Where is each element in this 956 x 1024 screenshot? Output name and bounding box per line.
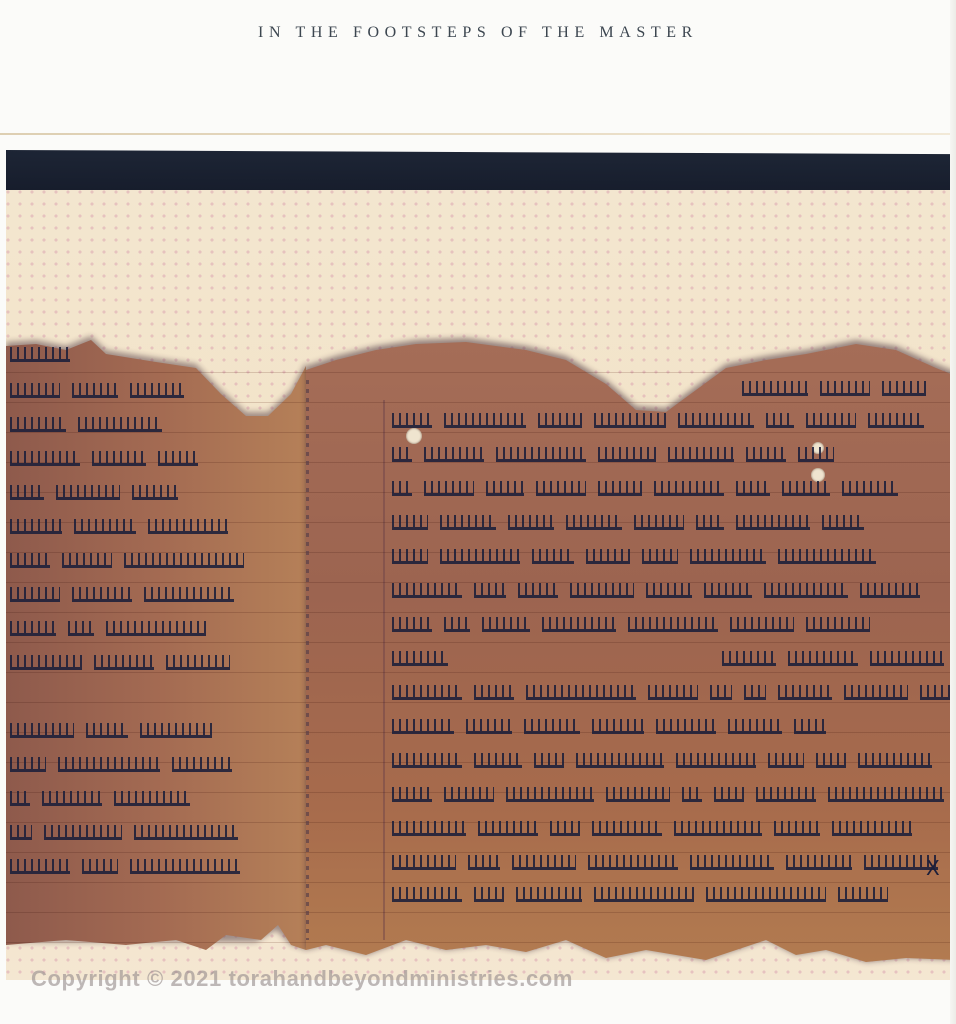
page-edge [950,0,956,1024]
end-mark: X [926,856,940,880]
header-rule [0,133,956,135]
copyright-watermark: Copyright © 2021 torahandbeyondministrie… [31,966,573,992]
running-head: IN THE FOOTSTEPS OF THE MASTER [0,24,956,42]
scroll-photograph: X [6,150,956,980]
sheet-stitching [306,380,309,940]
